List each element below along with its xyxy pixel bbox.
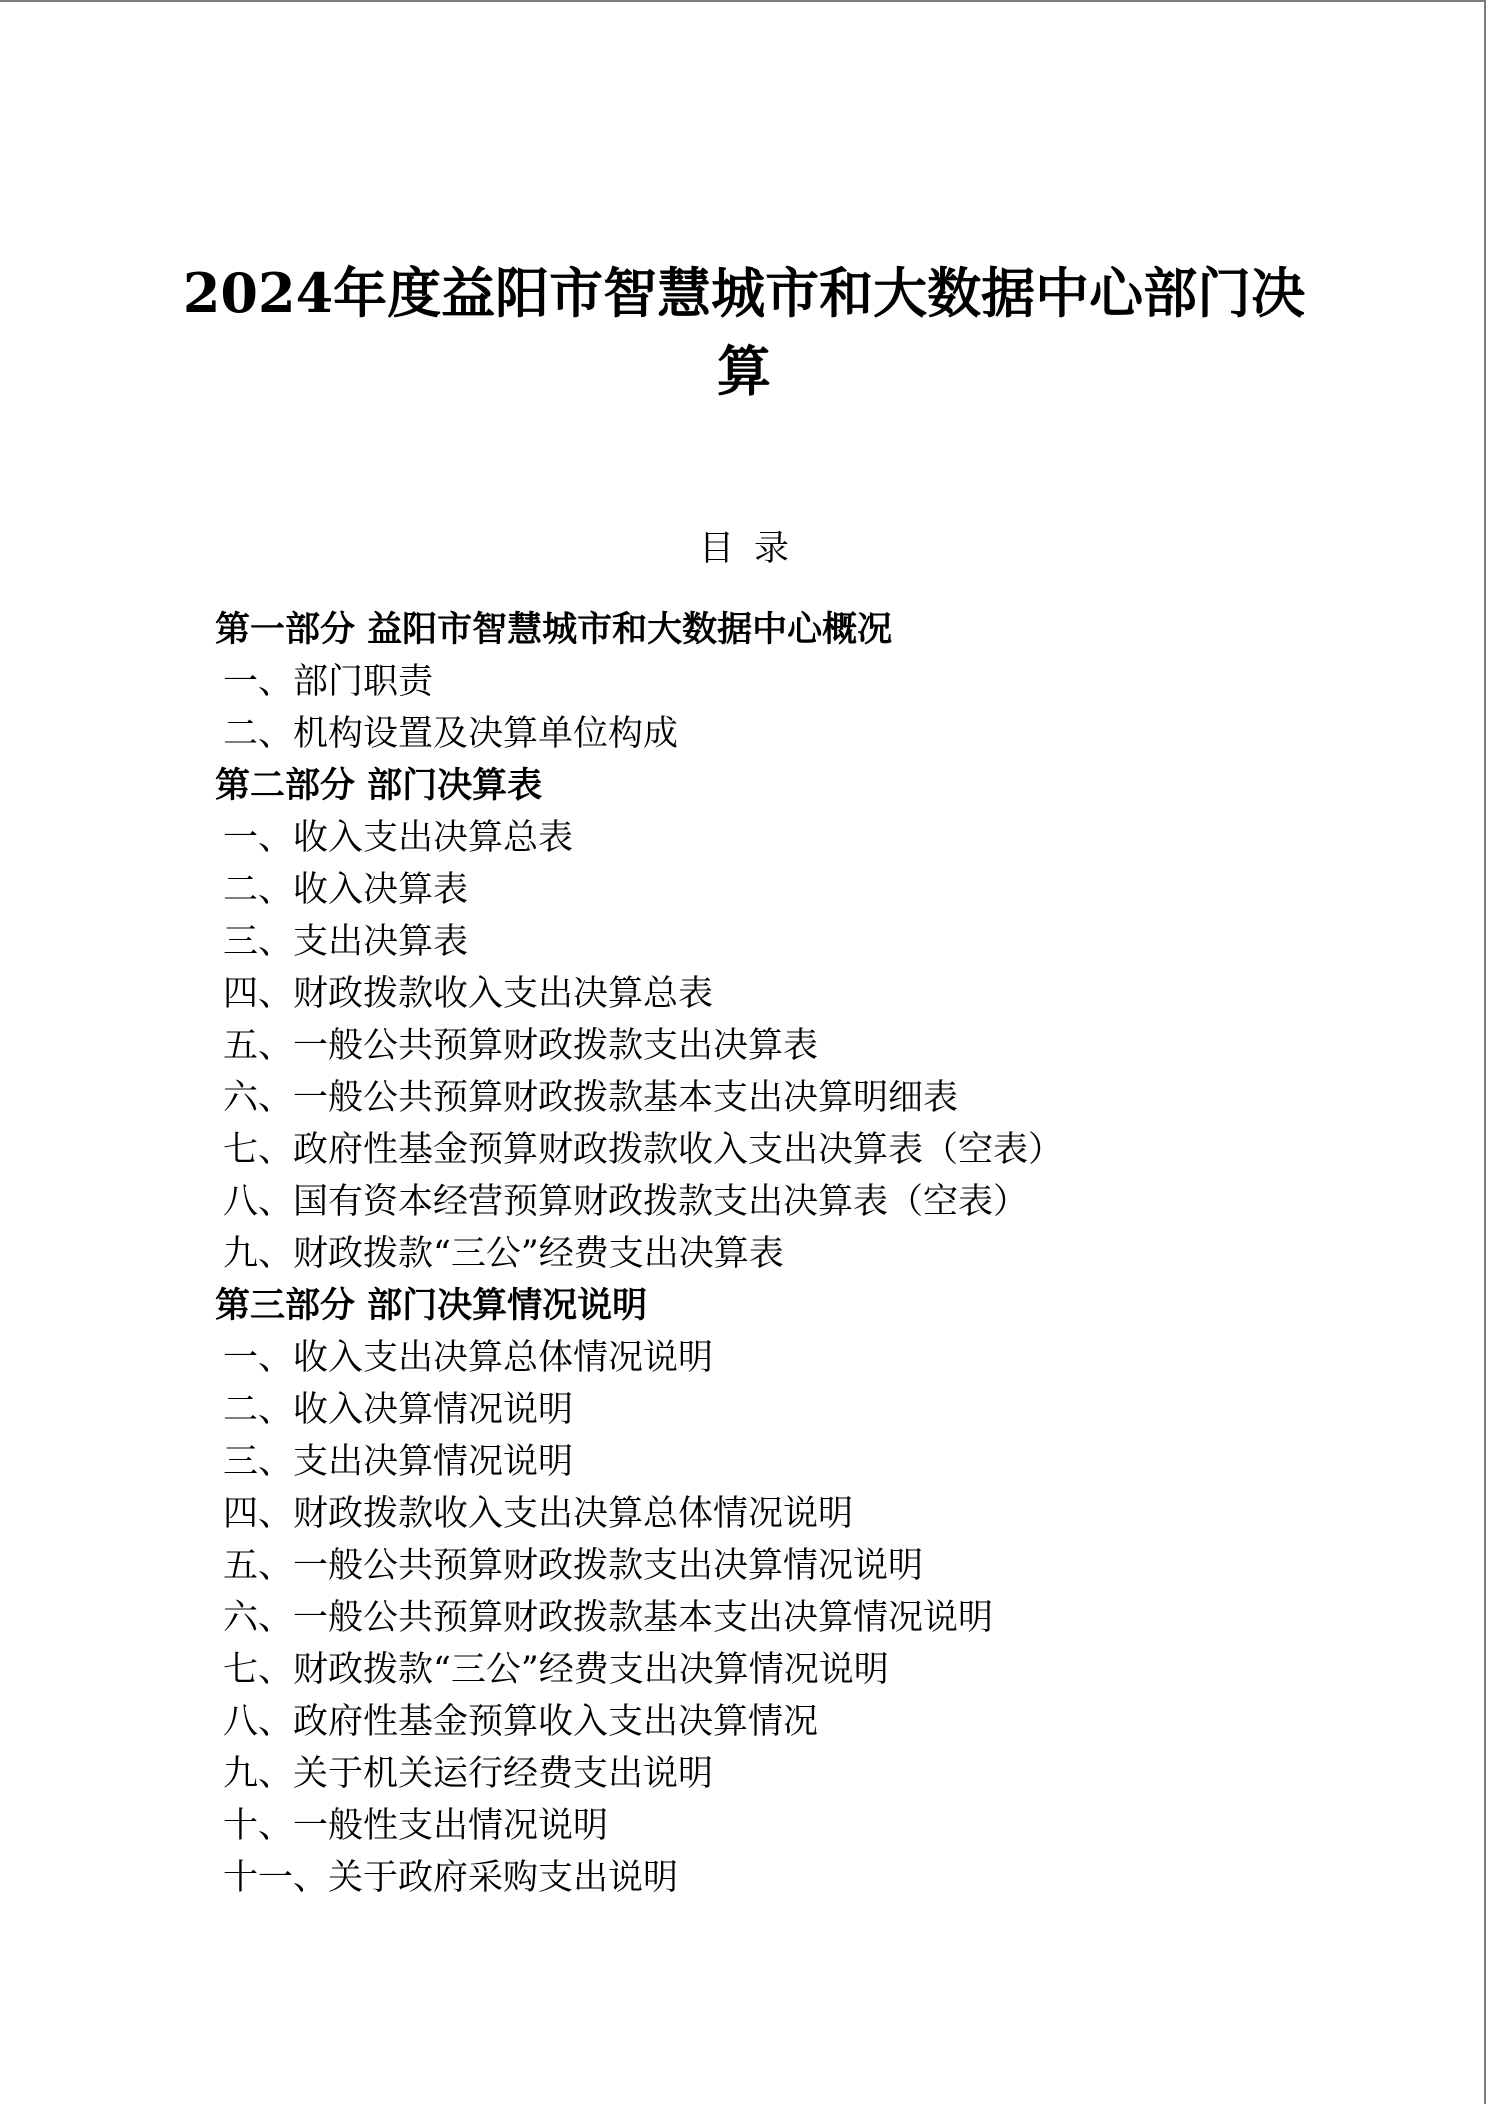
table-of-contents: 第一部分 益阳市智慧城市和大数据中心概况 一、部门职责 二、机构设置及决算单位构…	[215, 604, 1365, 1904]
toc-item[interactable]: 十一、关于政府采购支出说明	[215, 1852, 1365, 1904]
toc-item[interactable]: 五、一般公共预算财政拨款支出决算表	[215, 1020, 1365, 1072]
toc-item[interactable]: 八、国有资本经营预算财政拨款支出决算表（空表）	[215, 1176, 1365, 1228]
toc-item[interactable]: 六、一般公共预算财政拨款基本支出决算情况说明	[215, 1592, 1365, 1644]
toc-part-1[interactable]: 第一部分 益阳市智慧城市和大数据中心概况	[215, 604, 1365, 656]
toc-item[interactable]: 九、关于机关运行经费支出说明	[215, 1748, 1365, 1800]
toc-item[interactable]: 四、财政拨款收入支出决算总表	[215, 968, 1365, 1020]
toc-part-2[interactable]: 第二部分 部门决算表	[215, 760, 1365, 812]
toc-item[interactable]: 十、一般性支出情况说明	[215, 1800, 1365, 1852]
toc-item[interactable]: 八、政府性基金预算收入支出决算情况	[215, 1696, 1365, 1748]
toc-item[interactable]: 七、政府性基金预算财政拨款收入支出决算表（空表）	[215, 1124, 1365, 1176]
toc-item[interactable]: 三、支出决算情况说明	[215, 1436, 1365, 1488]
document-title-line-1: 2024年度益阳市智慧城市和大数据中心部门决	[0, 254, 1488, 332]
toc-item[interactable]: 六、一般公共预算财政拨款基本支出决算明细表	[215, 1072, 1365, 1124]
toc-item[interactable]: 一、收入支出决算总体情况说明	[215, 1332, 1365, 1384]
document-page: 2024年度益阳市智慧城市和大数据中心部门决 算 目录 第一部分 益阳市智慧城市…	[0, 0, 1486, 2104]
toc-item[interactable]: 四、财政拨款收入支出决算总体情况说明	[215, 1488, 1365, 1540]
toc-item[interactable]: 二、收入决算情况说明	[215, 1384, 1365, 1436]
toc-part-3[interactable]: 第三部分 部门决算情况说明	[215, 1280, 1365, 1332]
toc-item[interactable]: 九、财政拨款“三公”经费支出决算表	[215, 1228, 1365, 1280]
document-title-line-2: 算	[0, 332, 1488, 410]
toc-item[interactable]: 三、支出决算表	[215, 916, 1365, 968]
toc-item[interactable]: 五、一般公共预算财政拨款支出决算情况说明	[215, 1540, 1365, 1592]
toc-item[interactable]: 一、收入支出决算总表	[215, 812, 1365, 864]
toc-item[interactable]: 七、财政拨款“三公”经费支出决算情况说明	[215, 1644, 1365, 1696]
toc-item[interactable]: 二、机构设置及决算单位构成	[215, 708, 1365, 760]
toc-item[interactable]: 一、部门职责	[215, 656, 1365, 708]
document-title: 2024年度益阳市智慧城市和大数据中心部门决 算	[0, 254, 1488, 410]
toc-heading: 目录	[0, 524, 1488, 574]
toc-item[interactable]: 二、收入决算表	[215, 864, 1365, 916]
